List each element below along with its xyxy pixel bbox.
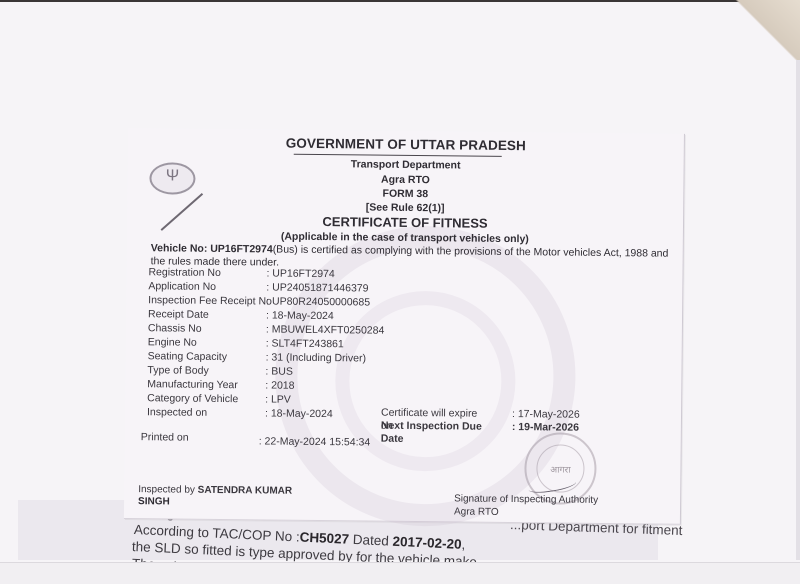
tac-cop-number: CH5027: [299, 530, 349, 547]
field-value: : UP24051871446379: [266, 281, 368, 294]
tac-cop-date: 2017-02-20: [392, 534, 462, 552]
inspected-by-label: Inspected by: [138, 484, 198, 496]
scanner-bottom-edge: [0, 562, 800, 584]
dated-label: Dated: [349, 532, 393, 549]
printed-on-label: Printed on: [141, 431, 189, 444]
field-value: : MBUWEL4XFT0250284: [266, 323, 385, 336]
field-label: Receipt Date: [148, 308, 268, 321]
vehicle-number: Vehicle No: UP16FT2974: [151, 242, 273, 255]
field-label: Application No: [148, 280, 268, 293]
heading-underline: [294, 154, 502, 157]
vehicle-details: Registration No: UP16FT2974Application N…: [128, 128, 684, 134]
inspected-by: Inspected by SATENDRA KUMAR: [138, 484, 292, 497]
field-value: : 18-May-2024: [266, 309, 334, 322]
punctuation: ,: [461, 537, 465, 552]
field-value: : SLT4FT243861: [266, 337, 344, 350]
inspector-name-cont: SINGH: [138, 496, 170, 507]
field-label: Engine No: [148, 336, 268, 349]
field-label: Seating Capacity: [148, 350, 268, 363]
inspector-name: SATENDRA KUMAR: [198, 485, 293, 497]
field-label: Type of Body: [147, 364, 267, 377]
field-value: : 19-Mar-2026: [512, 421, 579, 434]
folded-page-corner: [730, 0, 800, 60]
field-label: Inspected on: [147, 406, 267, 419]
field-label: Inspection Fee Receipt No: [148, 294, 268, 307]
field-label: Next Inspection Due Date: [381, 420, 491, 447]
field-value: : UP80R24050000685: [266, 295, 370, 308]
scan-border: [0, 0, 800, 2]
field-value: : 2018: [265, 379, 294, 391]
fitness-certificate: Ψ GOVERNMENT OF UTTAR PRADESH Transport …: [124, 128, 685, 525]
signature-office: Agra RTO: [454, 506, 499, 517]
field-value: : LPV: [265, 393, 291, 405]
printed-on-value: : 22-May-2024 15:54:34: [259, 435, 371, 448]
government-heading: GOVERNMENT OF UTTAR PRADESH: [128, 134, 684, 155]
field-label: Manufacturing Year: [147, 378, 267, 391]
field-label: Category of Vehicle: [147, 392, 267, 405]
scan-right-edge: [796, 60, 800, 560]
field-value: : 31 (Including Driver): [266, 351, 366, 364]
field-value: : 18-May-2024: [265, 407, 333, 420]
signature-label: Signature of Inspecting Authority: [454, 493, 598, 506]
vehicle-type: (Bus): [273, 244, 298, 256]
field-value: : BUS: [265, 365, 293, 377]
field-value: : 17-May-2026: [512, 408, 580, 421]
field-label: Registration No: [148, 266, 268, 279]
field-value: : UP16FT2974: [266, 267, 334, 280]
field-label: Chassis No: [148, 322, 268, 335]
